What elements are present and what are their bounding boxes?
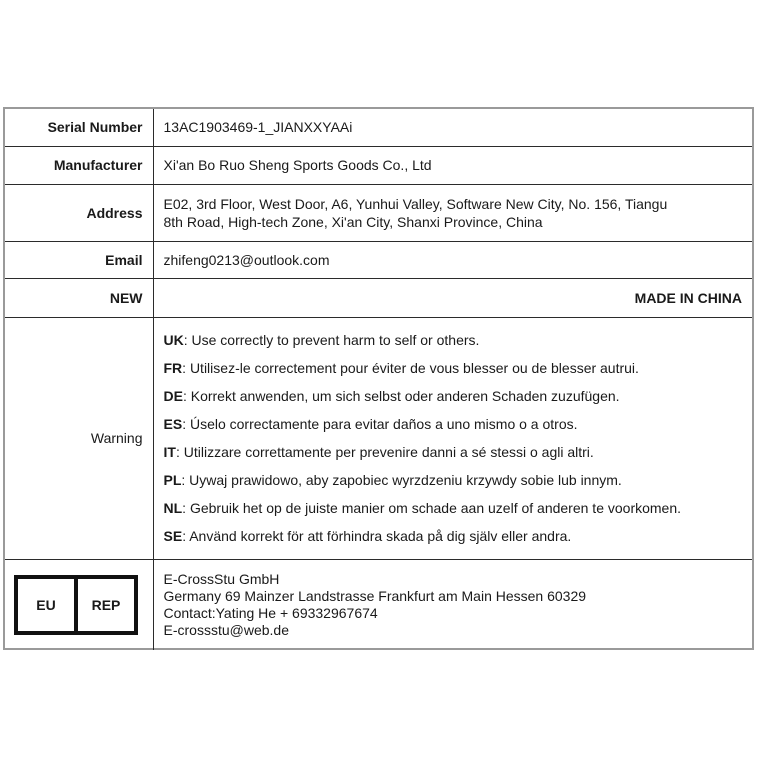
eu-rep-email: E-crossstu@web.de (164, 622, 743, 639)
address-label: Address (5, 184, 153, 241)
address-line-1: E02, 3rd Floor, West Door, A6, Yunhui Va… (164, 195, 743, 213)
eu-rep-symbol-eu: EU (18, 579, 74, 631)
warning-text: : Gebruik het op de juiste manier om sch… (182, 500, 681, 516)
eu-rep-details: E-CrossStu GmbH Germany 69 Mainzer Lands… (153, 559, 752, 650)
row-address: Address E02, 3rd Floor, West Door, A6, Y… (5, 184, 752, 241)
product-label-table: Serial Number 13AC1903469-1_JIANXXYAAi M… (3, 107, 754, 650)
warning-text: : Utilisez-le correctement pour éviter d… (182, 360, 639, 376)
warning-text: : Utilizzare correttamente per prevenire… (176, 444, 594, 460)
warning-label: Warning (5, 317, 153, 559)
address-value: E02, 3rd Floor, West Door, A6, Yunhui Va… (153, 184, 752, 241)
eu-rep-contact: Contact:Yating He + 69332967674 (164, 605, 743, 622)
condition-label: NEW (5, 278, 153, 317)
row-eu-representative: EU REP E-CrossStu GmbH Germany 69 Mainze… (5, 559, 752, 650)
lang-code: ES (164, 416, 183, 432)
row-condition: NEW MADE IN CHINA (5, 278, 752, 317)
warning-line-de: DE: Korrekt anwenden, um sich selbst ode… (164, 382, 743, 410)
row-email: Email zhifeng0213@outlook.com (5, 241, 752, 278)
row-serial-number: Serial Number 13AC1903469-1_JIANXXYAAi (5, 109, 752, 146)
email-label: Email (5, 241, 153, 278)
origin-value: MADE IN CHINA (153, 278, 752, 317)
eu-rep-company: E-CrossStu GmbH (164, 571, 743, 588)
warning-text: : Uywaj prawidowo, aby zapobiec wyrzdzen… (181, 472, 621, 488)
row-manufacturer: Manufacturer Xi'an Bo Ruo Sheng Sports G… (5, 146, 752, 184)
lang-code: DE (164, 388, 183, 404)
warning-line-pl: PL: Uywaj prawidowo, aby zapobiec wyrzdz… (164, 466, 743, 494)
warning-line-it: IT: Utilizzare correttamente per preveni… (164, 438, 743, 466)
serial-number-value: 13AC1903469-1_JIANXXYAAi (153, 109, 752, 146)
warning-text: : Use correctly to prevent harm to self … (184, 332, 480, 348)
warning-texts: UK: Use correctly to prevent harm to sel… (153, 317, 752, 559)
warning-line-es: ES: Úselo correctamente para evitar daño… (164, 410, 743, 438)
lang-code: PL (164, 472, 182, 488)
warning-text: : Úselo correctamente para evitar daños … (182, 416, 577, 432)
lang-code: UK (164, 332, 184, 348)
warning-text: : Använd korrekt för att förhindra skada… (182, 528, 571, 544)
manufacturer-value: Xi'an Bo Ruo Sheng Sports Goods Co., Ltd (153, 146, 752, 184)
warning-line-nl: NL: Gebruik het op de juiste manier om s… (164, 494, 743, 522)
warning-text: : Korrekt anwenden, um sich selbst oder … (183, 388, 620, 404)
eu-rep-symbol-rep: REP (74, 579, 134, 631)
lang-code: NL (164, 500, 183, 516)
eu-rep-symbol: EU REP (14, 575, 138, 635)
warning-line-uk: UK: Use correctly to prevent harm to sel… (164, 326, 743, 354)
lang-code: FR (164, 360, 183, 376)
address-line-2: 8th Road, High-tech Zone, Xi'an City, Sh… (164, 213, 743, 231)
warning-line-fr: FR: Utilisez-le correctement pour éviter… (164, 354, 743, 382)
row-warning: Warning UK: Use correctly to prevent har… (5, 317, 752, 559)
eu-rep-symbol-cell: EU REP (5, 559, 153, 650)
serial-number-label: Serial Number (5, 109, 153, 146)
lang-code: SE (164, 528, 183, 544)
eu-rep-address: Germany 69 Mainzer Landstrasse Frankfurt… (164, 588, 743, 605)
lang-code: IT (164, 444, 176, 460)
warning-line-se: SE: Använd korrekt för att förhindra ska… (164, 522, 743, 550)
email-value: zhifeng0213@outlook.com (153, 241, 752, 278)
manufacturer-label: Manufacturer (5, 146, 153, 184)
